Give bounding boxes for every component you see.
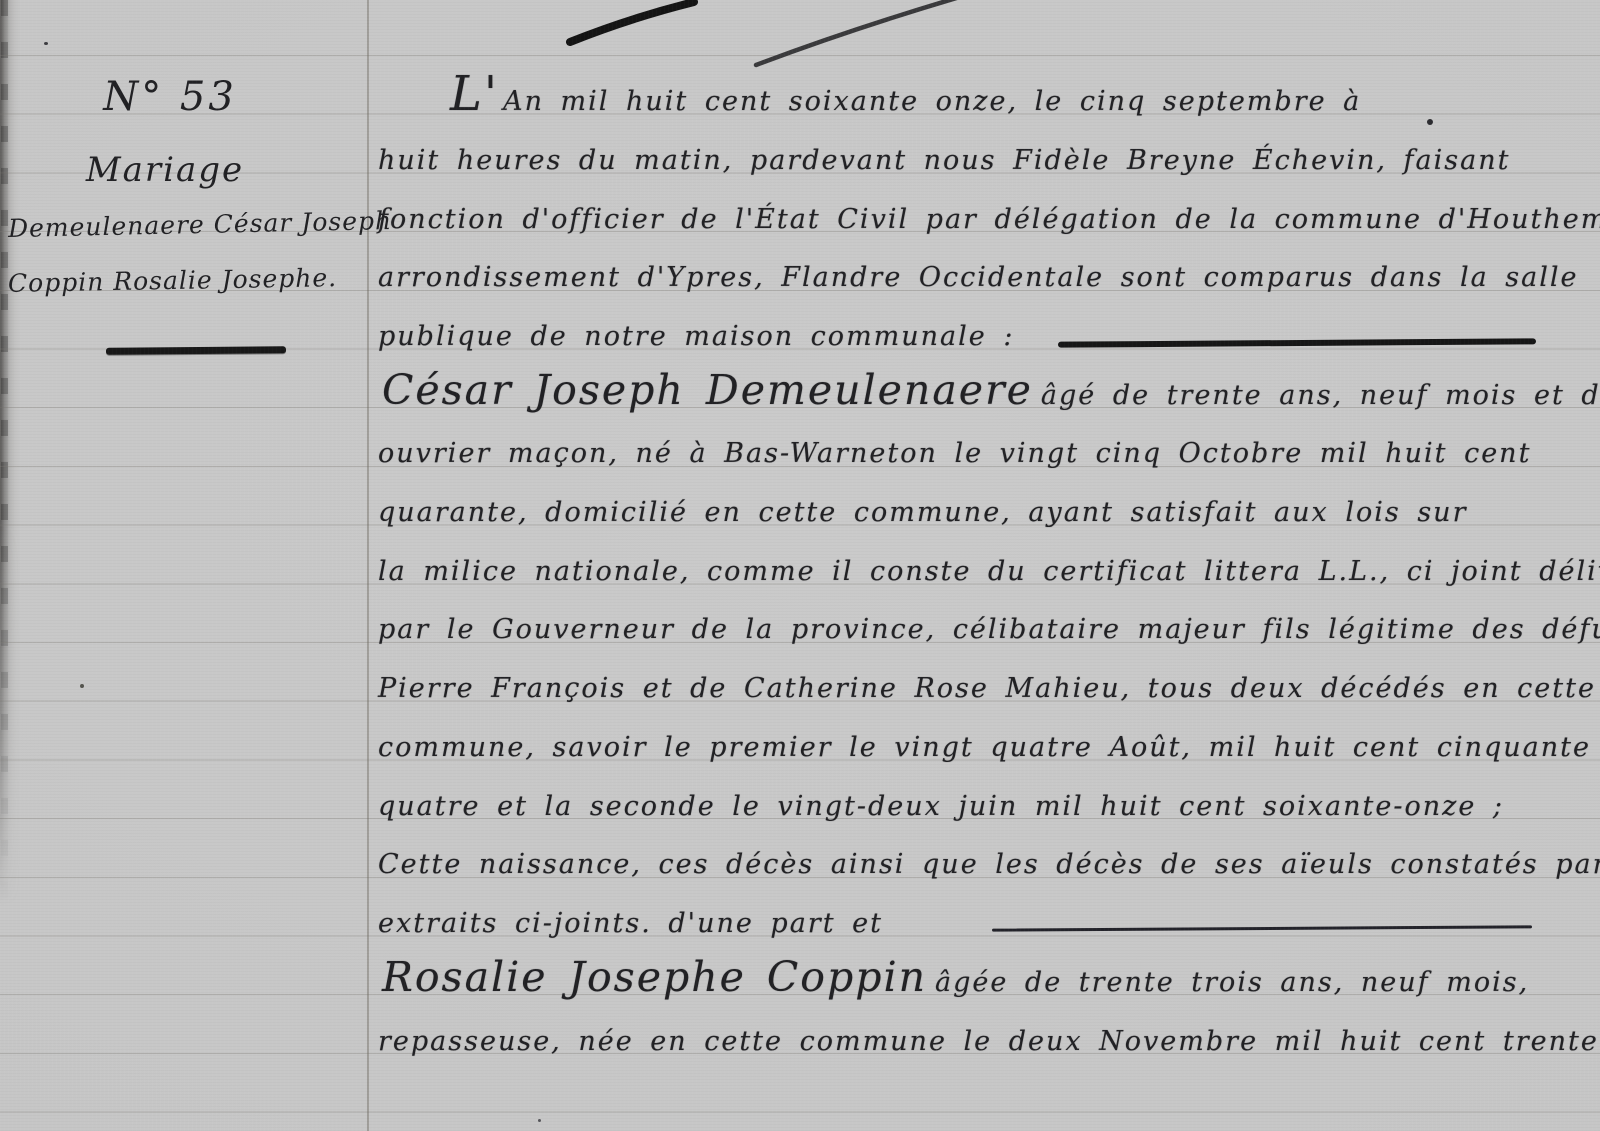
margin-party-bride: Coppin Rosalie Josephe. [8, 263, 338, 298]
margin-party-groom: Demeulenaere César Joseph [8, 206, 393, 243]
line-text: repasseuse, née en cette commune le deux… [378, 1026, 1600, 1057]
filler-dash-une-part [992, 925, 1532, 931]
margin-underline [106, 346, 286, 355]
text-line: repasseuse, née en cette commune le deux… [378, 1022, 1600, 1062]
margin-act-number: N° 53 [60, 74, 280, 120]
line-text: Cette naissance, ces décès ainsi que les… [378, 849, 1600, 880]
text-line: ouvrier maçon, né à Bas-Warneton le ving… [378, 434, 1531, 474]
text-line: arrondissement d'Ypres, Flandre Occident… [378, 258, 1578, 298]
text-line: Rosalie Josephe Coppinâgée de trente tro… [382, 963, 1529, 1003]
line-text: par le Gouverneur de la province, céliba… [378, 614, 1600, 645]
text-line: L'An mil huit cent soixante onze, le cin… [450, 82, 1361, 122]
text-line: César Joseph Demeulenaereâgé de trente a… [382, 376, 1600, 416]
register-page: N° 53 Mariage Demeulenaere César Joseph … [0, 0, 1600, 1131]
line-lead-groom-name: César Joseph Demeulenaere [382, 366, 1033, 414]
line-text: huit heures du matin, pardevant nous Fid… [378, 145, 1510, 176]
text-line: quatre et la seconde le vingt-deux juin … [378, 787, 1504, 827]
line-text: extraits ci-joints. d'une part et [378, 908, 883, 939]
line-text: An mil huit cent soixante onze, le cinq … [503, 86, 1361, 117]
text-line: commune, savoir le premier le vingt quat… [378, 728, 1591, 768]
line-lead-bride-name: Rosalie Josephe Coppin [382, 953, 927, 1001]
ink-speck [44, 42, 48, 45]
line-text: commune, savoir le premier le vingt quat… [378, 732, 1591, 763]
line-text: la milice nationale, comme il conste du … [378, 556, 1600, 587]
text-line: extraits ci-joints. d'une part et [378, 904, 883, 944]
text-line: huit heures du matin, pardevant nous Fid… [378, 141, 1510, 181]
text-line: la milice nationale, comme il conste du … [378, 552, 1600, 592]
margin-act-type: Mariage [50, 150, 280, 190]
text-line: fonction d'officier de l'État Civil par … [378, 200, 1600, 240]
line-text: fonction d'officier de l'État Civil par … [378, 204, 1600, 235]
text-line: Cette naissance, ces décès ainsi que les… [378, 845, 1600, 885]
binding-shadow [0, 0, 20, 905]
filler-dash-communale [1058, 338, 1536, 347]
line-text: quatre et la seconde le vingt-deux juin … [378, 791, 1504, 822]
text-line: par le Gouverneur de la province, céliba… [378, 610, 1600, 650]
text-line: Pierre François et de Catherine Rose Mah… [378, 669, 1596, 709]
line-lead: L' [450, 66, 499, 122]
line-text: âgée de trente trois ans, neuf mois, [935, 967, 1529, 998]
line-text: arrondissement d'Ypres, Flandre Occident… [378, 262, 1578, 293]
line-text: âgé de trente ans, neuf mois et demie, [1041, 380, 1600, 411]
line-text: quarante, domicilié en cette commune, ay… [378, 497, 1467, 528]
line-text: Pierre François et de Catherine Rose Mah… [378, 673, 1596, 704]
ink-speck [80, 684, 84, 688]
text-line: publique de notre maison communale : [378, 317, 1014, 357]
line-text: ouvrier maçon, né à Bas-Warneton le ving… [378, 438, 1531, 469]
margin-column-rule [367, 0, 369, 1131]
ink-speck [1427, 119, 1433, 125]
line-text: publique de notre maison communale : [378, 321, 1014, 352]
text-line: quarante, domicilié en cette commune, ay… [378, 493, 1467, 533]
ink-speck [538, 1119, 541, 1122]
pen-stroke-thin [756, 0, 970, 65]
pen-stroke-thick [570, 2, 694, 42]
